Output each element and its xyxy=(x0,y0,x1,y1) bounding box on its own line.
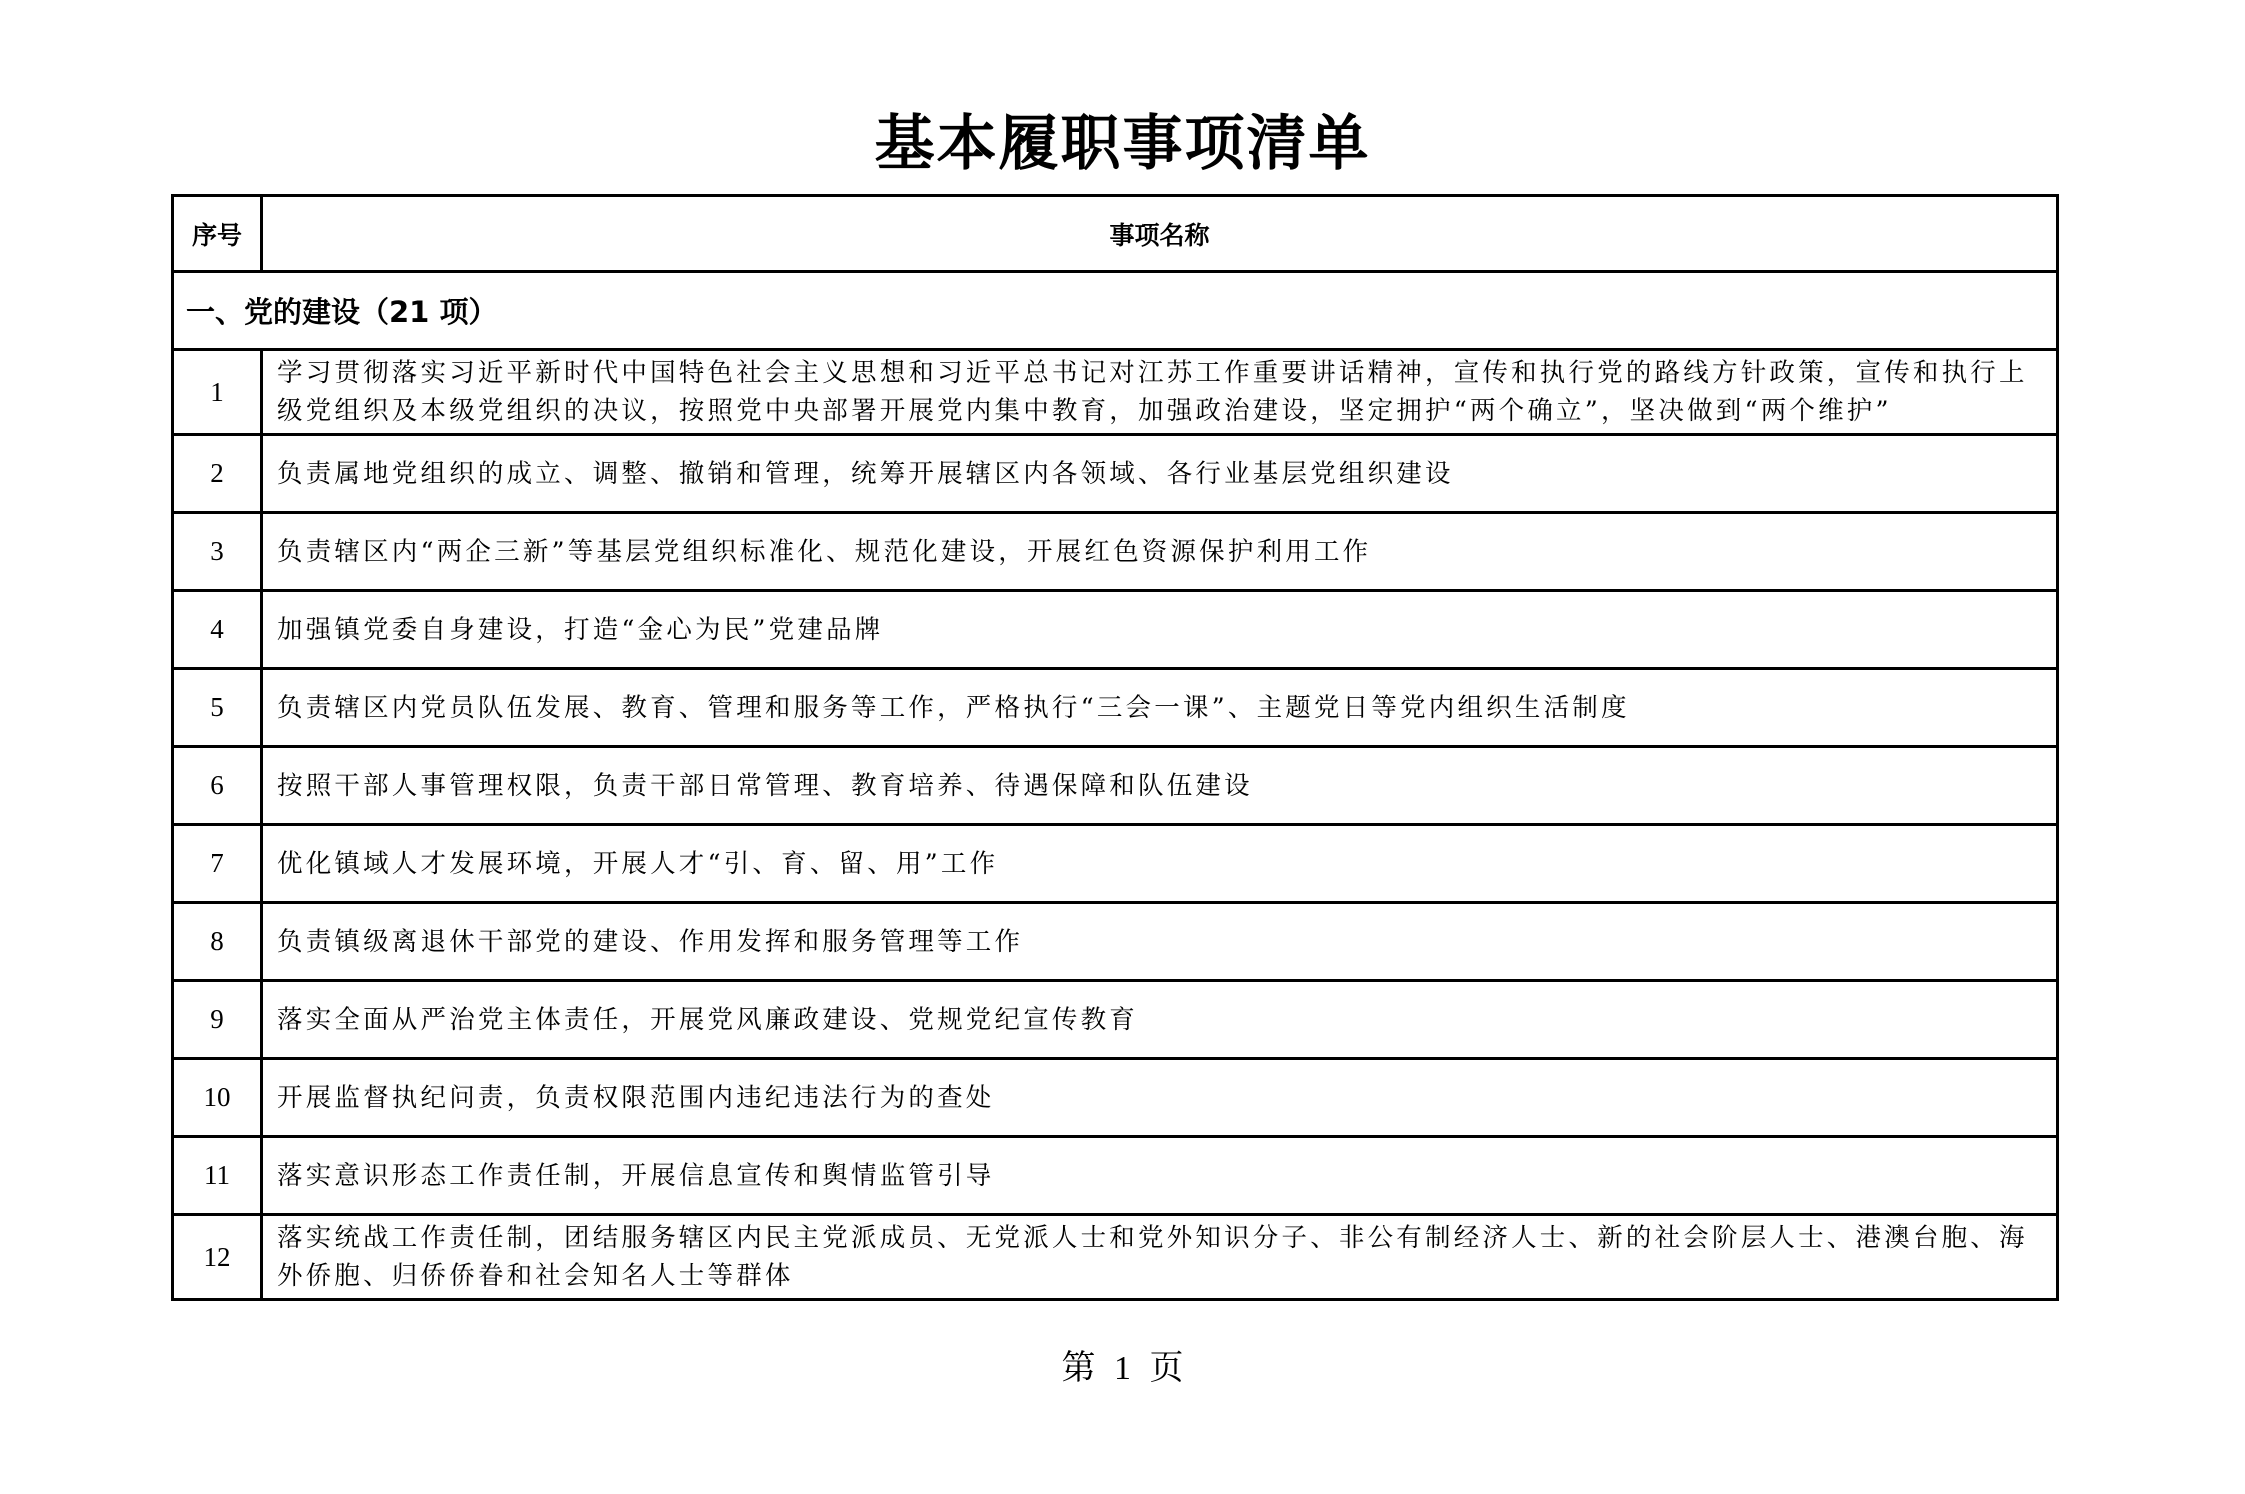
section-title: 一、党的建设（21 项） xyxy=(173,272,2058,350)
section-row: 一、党的建设（21 项） xyxy=(173,272,2058,350)
table-row: 12 落实统战工作责任制，团结服务辖区内民主党派成员、无党派人士和党外知识分子、… xyxy=(173,1215,2058,1300)
table-row: 8 负责镇级离退休干部党的建设、作用发挥和服务管理等工作 xyxy=(173,903,2058,981)
row-text: 负责辖区内党员队伍发展、教育、管理和服务等工作，严格执行“三会一课”、主题党日等… xyxy=(262,669,2058,747)
row-number: 6 xyxy=(173,747,262,825)
table-row: 11 落实意识形态工作责任制，开展信息宣传和舆情监管引导 xyxy=(173,1137,2058,1215)
row-text: 优化镇域人才发展环境，开展人才“引、育、留、用”工作 xyxy=(262,825,2058,903)
row-number: 3 xyxy=(173,513,262,591)
row-number: 10 xyxy=(173,1059,262,1137)
table-row: 7 优化镇域人才发展环境，开展人才“引、育、留、用”工作 xyxy=(173,825,2058,903)
row-number: 5 xyxy=(173,669,262,747)
header-number: 序号 xyxy=(173,196,262,272)
table-row: 10 开展监督执纪问责，负责权限范围内违纪违法行为的查处 xyxy=(173,1059,2058,1137)
table-row: 6 按照干部人事管理权限，负责干部日常管理、教育培养、待遇保障和队伍建设 xyxy=(173,747,2058,825)
table-row: 5 负责辖区内党员队伍发展、教育、管理和服务等工作，严格执行“三会一课”、主题党… xyxy=(173,669,2058,747)
row-text: 加强镇党委自身建设，打造“金心为民”党建品牌 xyxy=(262,591,2058,669)
duties-table: 序号 事项名称 一、党的建设（21 项） 1 学习贯彻落实习近平新时代中国特色社… xyxy=(171,194,2059,1301)
header-name: 事项名称 xyxy=(262,196,2058,272)
row-text: 开展监督执纪问责，负责权限范围内违纪违法行为的查处 xyxy=(262,1059,2058,1137)
row-number: 9 xyxy=(173,981,262,1059)
row-text: 负责辖区内“两企三新”等基层党组织标准化、规范化建设，开展红色资源保护利用工作 xyxy=(262,513,2058,591)
document-title: 基本履职事项清单 xyxy=(0,108,2245,180)
row-text: 负责属地党组织的成立、调整、撤销和管理，统筹开展辖区内各领域、各行业基层党组织建… xyxy=(262,435,2058,513)
table-row: 2 负责属地党组织的成立、调整、撤销和管理，统筹开展辖区内各领域、各行业基层党组… xyxy=(173,435,2058,513)
row-text: 落实全面从严治党主体责任，开展党风廉政建设、党规党纪宣传教育 xyxy=(262,981,2058,1059)
table-row: 1 学习贯彻落实习近平新时代中国特色社会主义思想和习近平总书记对江苏工作重要讲话… xyxy=(173,350,2058,435)
row-number: 7 xyxy=(173,825,262,903)
row-number: 2 xyxy=(173,435,262,513)
row-text: 按照干部人事管理权限，负责干部日常管理、教育培养、待遇保障和队伍建设 xyxy=(262,747,2058,825)
row-number: 12 xyxy=(173,1215,262,1300)
table-row: 4 加强镇党委自身建设，打造“金心为民”党建品牌 xyxy=(173,591,2058,669)
row-text: 落实统战工作责任制，团结服务辖区内民主党派成员、无党派人士和党外知识分子、非公有… xyxy=(262,1215,2058,1300)
table-row: 9 落实全面从严治党主体责任，开展党风廉政建设、党规党纪宣传教育 xyxy=(173,981,2058,1059)
row-text: 负责镇级离退休干部党的建设、作用发挥和服务管理等工作 xyxy=(262,903,2058,981)
row-number: 4 xyxy=(173,591,262,669)
row-text: 落实意识形态工作责任制，开展信息宣传和舆情监管引导 xyxy=(262,1137,2058,1215)
page-number: 第 1 页 xyxy=(0,1340,2245,1389)
table-header-row: 序号 事项名称 xyxy=(173,196,2058,272)
row-number: 11 xyxy=(173,1137,262,1215)
row-number: 8 xyxy=(173,903,262,981)
table-row: 3 负责辖区内“两企三新”等基层党组织标准化、规范化建设，开展红色资源保护利用工… xyxy=(173,513,2058,591)
row-text: 学习贯彻落实习近平新时代中国特色社会主义思想和习近平总书记对江苏工作重要讲话精神… xyxy=(262,350,2058,435)
row-number: 1 xyxy=(173,350,262,435)
